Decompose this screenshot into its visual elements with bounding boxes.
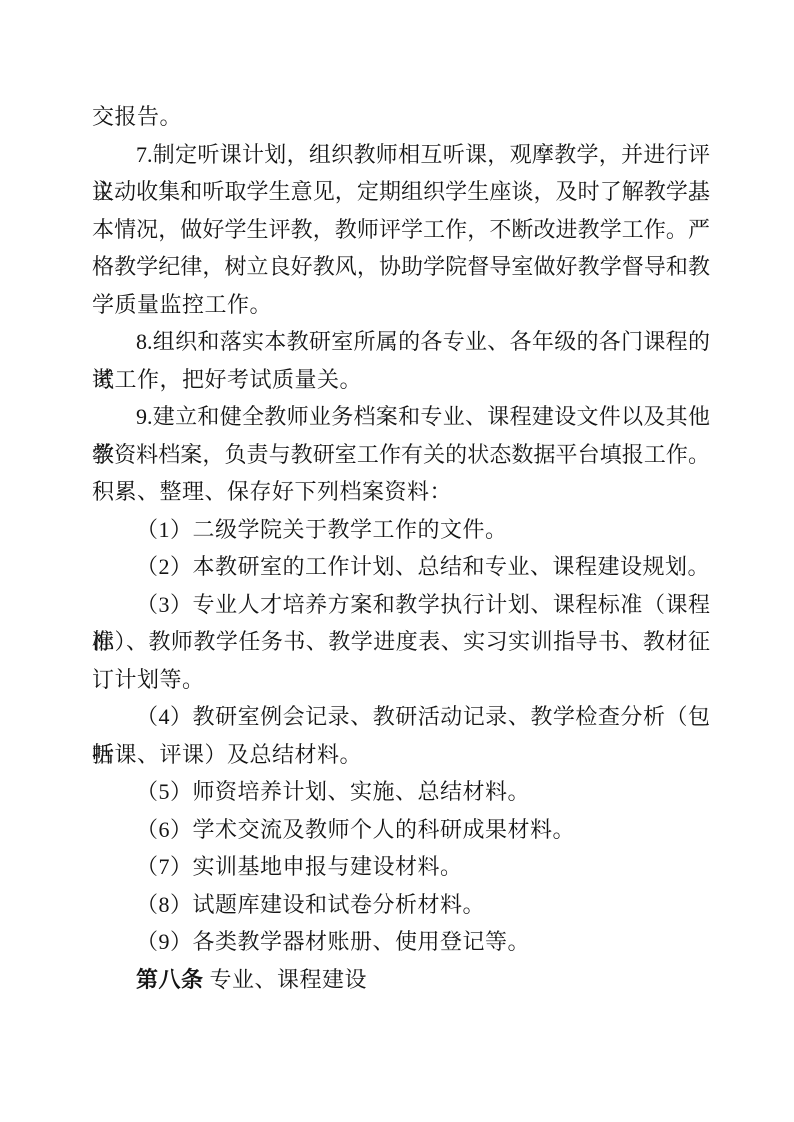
text-line: 听课、评课）及总结材料。 bbox=[92, 736, 710, 774]
text-run: （6）学术交流及教师个人的科研成果材料。 bbox=[136, 817, 575, 842]
text-run: 听课、评课）及总结材料。 bbox=[92, 742, 362, 767]
text-line: 学质量监控工作。 bbox=[92, 286, 710, 324]
text-line: （4）教研室例会记录、教研活动记录、教学检查分析（包括 bbox=[92, 698, 710, 736]
text-line: （6）学术交流及教师个人的科研成果材料。 bbox=[92, 811, 710, 849]
text-run: 订计划等。 bbox=[92, 667, 205, 692]
text-line: 积累、整理、保存好下列档案资料： bbox=[92, 473, 710, 511]
text-line: （7）实训基地申报与建设材料。 bbox=[92, 848, 710, 886]
text-run: 主动收集和听取学生意见，定期组织学生座谈，及时了解教学基 bbox=[92, 179, 710, 204]
text-line: （5）师资培养计划、实施、总结材料。 bbox=[92, 773, 710, 811]
text-line: （2）本教研室的工作计划、总结和专业、课程建设规划。 bbox=[92, 548, 710, 586]
text-line: 格教学纪律，树立良好教风，协助学院督导室做好教学督导和教 bbox=[92, 248, 710, 286]
text-line: 9.建立和健全教师业务档案和专业、课程建设文件以及其他教 bbox=[92, 398, 710, 436]
text-run: 本情况，做好学生评教，教师评学工作，不断改进教学工作。严 bbox=[92, 217, 710, 242]
text-run: （5）师资培养计划、实施、总结材料。 bbox=[136, 779, 530, 804]
text-run: 准）、教师教学任务书、教学进度表、实习实训指导书、教材征 bbox=[92, 629, 710, 654]
text-line: 8.组织和落实本教研室所属的各专业、各年级的各门课程的考 bbox=[92, 323, 710, 361]
text-run: 学质量监控工作。 bbox=[92, 292, 272, 317]
text-line: （8）试题库建设和试卷分析材料。 bbox=[92, 886, 710, 924]
text-run: （8）试题库建设和试卷分析材料。 bbox=[136, 892, 485, 917]
text-line: 准）、教师教学任务书、教学进度表、实习实训指导书、教材征 bbox=[92, 623, 710, 661]
text-line: 主动收集和听取学生意见，定期组织学生座谈，及时了解教学基 bbox=[92, 173, 710, 211]
text-line: （3）专业人才培养方案和教学执行计划、课程标准（课程标 bbox=[92, 586, 710, 624]
text-line: 订计划等。 bbox=[92, 661, 710, 699]
text-run: （2）本教研室的工作计划、总结和专业、课程建设规划。 bbox=[136, 554, 710, 579]
text-line: 本情况，做好学生评教，教师评学工作，不断改进教学工作。严 bbox=[92, 211, 710, 249]
document-page: 交报告。7.制定听课计划，组织教师相互听课，观摩教学，并进行评议。主动收集和听取… bbox=[0, 0, 794, 1122]
text-run: （7）实训基地申报与建设材料。 bbox=[136, 854, 463, 879]
text-line: （9）各类教学器材账册、使用登记等。 bbox=[92, 923, 710, 961]
text-line: 试工作，把好考试质量关。 bbox=[92, 361, 710, 399]
text-run: 交报告。 bbox=[92, 104, 182, 129]
text-run: 试工作，把好考试质量关。 bbox=[92, 367, 362, 392]
text-run: 专业、课程建设 bbox=[204, 967, 368, 992]
text-line: 学资料档案，负责与教研室工作有关的状态数据平台填报工作。 bbox=[92, 436, 710, 474]
text-line: 第八条 专业、课程建设 bbox=[92, 961, 710, 999]
article-number-bold: 第八条 bbox=[136, 967, 204, 992]
text-run: 格教学纪律，树立良好教风，协助学院督导室做好教学督导和教 bbox=[92, 254, 710, 279]
text-line: 交报告。 bbox=[92, 98, 710, 136]
text-line: （1）二级学院关于教学工作的文件。 bbox=[92, 511, 710, 549]
text-run: （9）各类教学器材账册、使用登记等。 bbox=[136, 929, 530, 954]
text-run: 积累、整理、保存好下列档案资料： bbox=[92, 479, 452, 504]
text-run: 学资料档案，负责与教研室工作有关的状态数据平台填报工作。 bbox=[92, 442, 710, 467]
text-line: 7.制定听课计划，组织教师相互听课，观摩教学，并进行评议。 bbox=[92, 136, 710, 174]
text-run: （1）二级学院关于教学工作的文件。 bbox=[136, 517, 508, 542]
text-block: 交报告。7.制定听课计划，组织教师相互听课，观摩教学，并进行评议。主动收集和听取… bbox=[92, 98, 710, 998]
